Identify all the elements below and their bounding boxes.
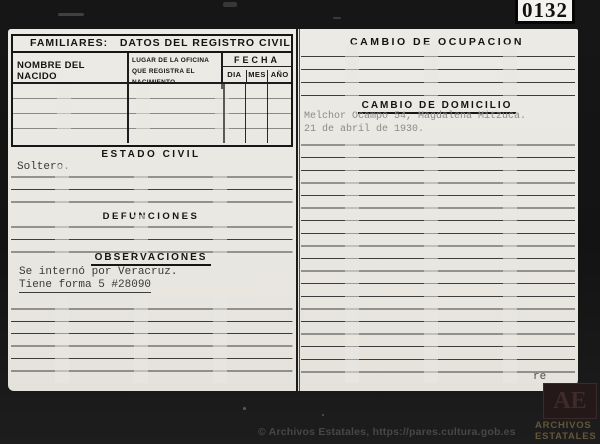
observaciones-label: OBSERVACIONES xyxy=(91,252,212,266)
subcolumn-ano: AÑO xyxy=(268,70,291,83)
scan-artifact xyxy=(243,407,246,410)
section-header-observaciones: OBSERVACIONES xyxy=(8,252,294,266)
scan-artifact xyxy=(322,414,324,416)
registry-table-body xyxy=(13,84,291,143)
civil-registry-table: FAMILIARES: DATOS DEL REGISTRO CIVIL NOM… xyxy=(11,34,293,147)
observaciones-line-1: Se internó por Veracruz. xyxy=(19,266,177,278)
ruled-lines xyxy=(11,215,293,254)
card-center-divider xyxy=(296,29,300,391)
archive-logo-initials: AE xyxy=(553,388,586,415)
archive-credit-watermark: © Archivos Estatales, https://pares.cult… xyxy=(258,426,516,438)
registry-card: FAMILIARES: DATOS DEL REGISTRO CIVIL NOM… xyxy=(8,29,578,391)
registry-table-header-row: NOMBRE DEL NACIDO LUGAR DE LA OFICINA QU… xyxy=(13,53,291,84)
subcolumn-mes: MES xyxy=(246,70,269,83)
ruled-lines xyxy=(301,44,575,98)
archive-logo-icon: AE xyxy=(543,383,597,419)
scanned-registry-card-image: 0132 FAMILIARES: DATOS DEL REGISTRO CIVI… xyxy=(0,0,600,444)
ruled-lines xyxy=(13,84,291,143)
ruled-lines xyxy=(11,165,293,205)
corner-note: re xyxy=(533,371,546,383)
page-number-badge: 0132 xyxy=(515,0,575,24)
scan-artifact xyxy=(333,17,341,19)
scan-artifact xyxy=(58,13,84,16)
subcolumn-dia: DIA xyxy=(223,70,246,83)
ruled-lines xyxy=(301,133,575,383)
registry-table-title: FAMILIARES: DATOS DEL REGISTRO CIVIL xyxy=(13,36,291,53)
archive-logo-text: ARCHIVOS ESTATALES xyxy=(535,420,600,443)
observaciones-line-2: Tiene forma 5 #28090 xyxy=(19,279,151,291)
page-number: 0132 xyxy=(522,0,568,21)
scan-artifact xyxy=(223,2,237,7)
domicilio-line-1: Melchor Ocampo 54, Magdalena Mitzuca. xyxy=(304,111,526,122)
fecha-subcolumns: DIA MES AÑO xyxy=(223,67,291,83)
section-header-estado-civil: ESTADO CIVIL xyxy=(8,149,294,160)
ruled-lines xyxy=(11,297,293,383)
column-header-fecha: FECHA xyxy=(223,53,291,67)
archive-logo-watermark: AE ARCHIVOS ESTATALES xyxy=(533,383,600,444)
